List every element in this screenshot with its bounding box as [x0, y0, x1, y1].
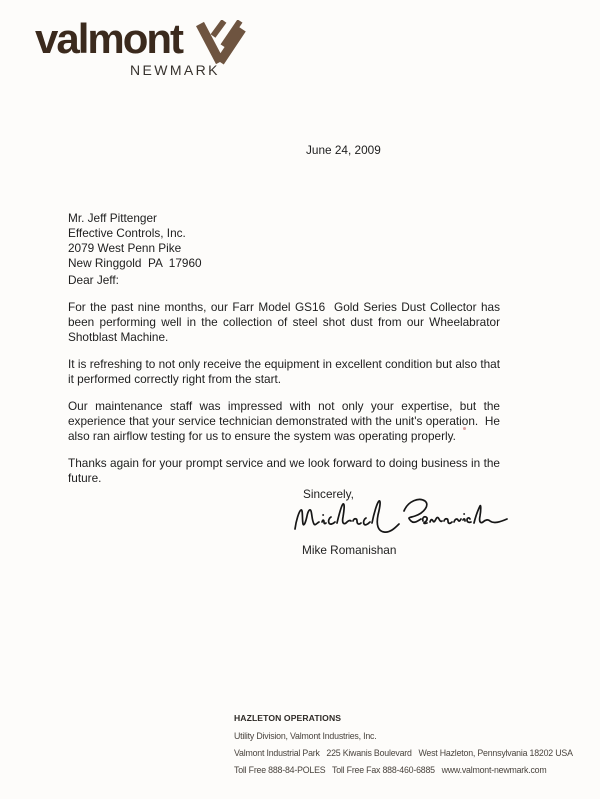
- body-paragraph: Thanks again for your prompt service and…: [68, 456, 500, 486]
- footer-title: HAZLETON OPERATIONS: [234, 710, 573, 727]
- address-line: Effective Controls, Inc.: [68, 226, 202, 241]
- letter-body: Dear Jeff: For the past nine months, our…: [68, 273, 500, 486]
- body-paragraph: It is refreshing to not only receive the…: [68, 357, 500, 387]
- typed-signature-name: Mike Romanishan: [302, 543, 396, 558]
- letterhead-footer: HAZLETON OPERATIONS Utility Division, Va…: [234, 710, 573, 779]
- handwritten-signature-image: Michael Romanishan: [291, 495, 509, 539]
- valmont-v-icon: valmont: [194, 20, 246, 66]
- letter-date: June 24, 2009: [306, 143, 381, 158]
- body-paragraph: For the past nine months, our Farr Model…: [68, 300, 500, 345]
- scan-speck-artifact: [463, 427, 466, 430]
- footer-line: Toll Free 888-84-POLES Toll Free Fax 888…: [234, 762, 573, 779]
- salutation: Dear Jeff:: [68, 273, 500, 288]
- scanned-letter-page: valmont valmont NEWMARK June 24, 2009 Mr…: [0, 0, 600, 799]
- footer-line: Utility Division, Valmont Industries, In…: [234, 728, 573, 745]
- address-line: Mr. Jeff Pittenger: [68, 211, 202, 226]
- address-line: 2079 West Penn Pike: [68, 241, 202, 256]
- address-line: New Ringgold PA 17960: [68, 256, 202, 271]
- newmark-label: NEWMARK: [130, 62, 220, 78]
- valmont-wordmark: valmont: [35, 16, 182, 62]
- footer-line: Valmont Industrial Park 225 Kiwanis Boul…: [234, 745, 573, 762]
- body-paragraph: Our maintenance staff was impressed with…: [68, 399, 500, 444]
- recipient-address: Mr. Jeff Pittenger Effective Controls, I…: [68, 211, 202, 271]
